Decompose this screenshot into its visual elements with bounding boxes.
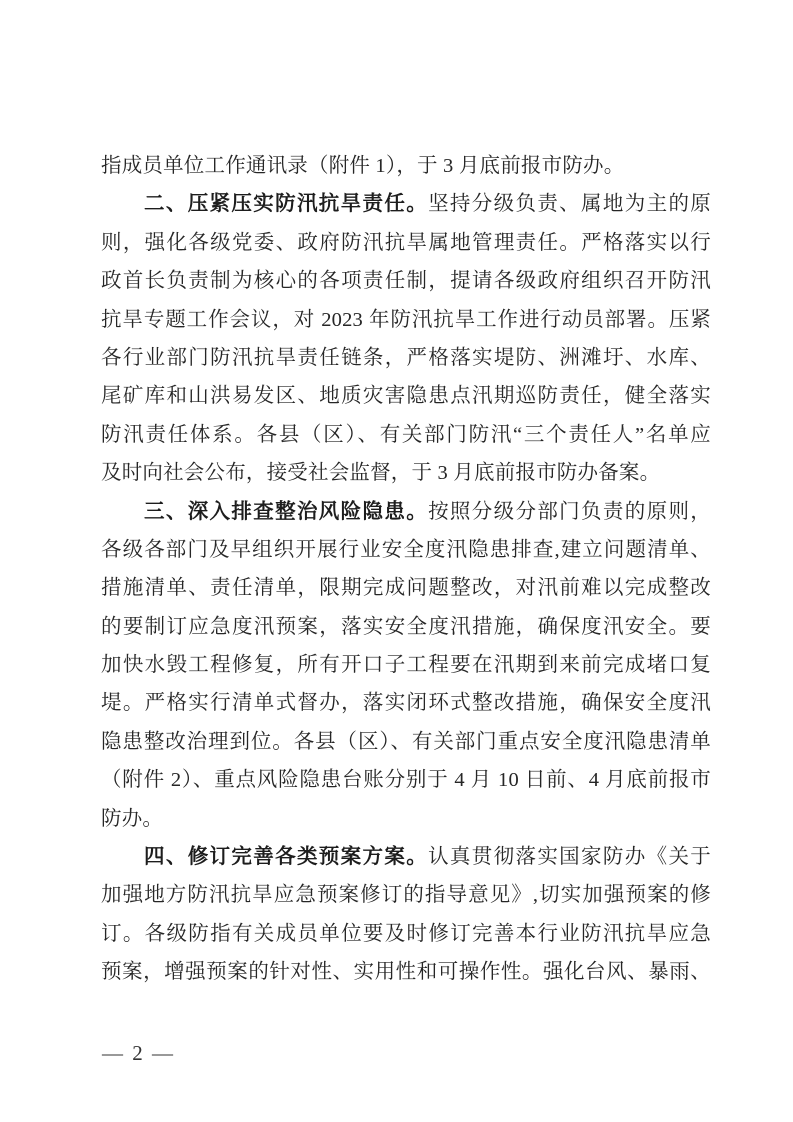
text-line: （附件 2）、重点风险隐患台账分别于 4 月 10 日前、4 月底前报市 xyxy=(101,761,711,799)
text-line: 订。各级防指有关成员单位要及时修订完善本行业防汛抗旱应急 xyxy=(101,915,711,953)
text-line: 防汛责任体系。各县（区）、有关部门防汛“三个责任人”名单应 xyxy=(101,416,711,454)
document-page: 指成员单位工作通讯录（附件 1），于 3 月底前报市防办。二、压紧压实防汛抗旱责… xyxy=(0,0,793,1122)
text-line: 防办。 xyxy=(101,800,711,838)
text-line: 措施清单、责任清单，限期完成问题整改，对汛前难以完成整改 xyxy=(101,569,711,607)
text-line: 政首长负责制为核心的各项责任制，提请各级政府组织召开防汛 xyxy=(101,262,711,300)
text-line: 四、修订完善各类预案方案。认真贯彻落实国家防办《关于 xyxy=(101,838,711,876)
text-line: 二、压紧压实防汛抗旱责任。坚持分级负责、属地为主的原 xyxy=(101,185,711,223)
text-line: 堤。严格实行清单式督办，落实闭环式整改措施，确保安全度汛 xyxy=(101,684,711,722)
section-heading: 四、修订完善各类预案方案。 xyxy=(144,845,428,868)
document-body: 指成员单位工作通讯录（附件 1），于 3 月底前报市防办。二、压紧压实防汛抗旱责… xyxy=(101,147,711,992)
text-line: 各级各部门及早组织开展行业安全度汛隐患排查,建立问题清单、 xyxy=(101,531,711,569)
text-line: 加快水毁工程修复，所有开口子工程要在汛期到来前完成堵口复 xyxy=(101,646,711,684)
text-line: 指成员单位工作通讯录（附件 1），于 3 月底前报市防办。 xyxy=(101,147,711,185)
text-line: 的要制订应急度汛预案，落实安全度汛措施，确保度汛安全。要 xyxy=(101,608,711,646)
section-heading: 三、深入排查整治风险隐患。 xyxy=(144,500,428,523)
page-number: — 2 — xyxy=(102,1038,175,1068)
text-line: 隐患整改治理到位。各县（区）、有关部门重点安全度汛隐患清单 xyxy=(101,723,711,761)
text-line: 及时向社会公布，接受社会监督，于 3 月底前报市防办备案。 xyxy=(101,454,711,492)
text-line: 则，强化各级党委、政府防汛抗旱属地管理责任。严格落实以行 xyxy=(101,224,711,262)
text-line: 抗旱专题工作会议，对 2023 年防汛抗旱工作进行动员部署。压紧 xyxy=(101,301,711,339)
section-heading: 二、压紧压实防汛抗旱责任。 xyxy=(144,192,428,215)
text-line: 各行业部门防汛抗旱责任链条，严格落实堤防、洲滩圩、水库、 xyxy=(101,339,711,377)
text-line: 加强地方防汛抗旱应急预案修订的指导意见》,切实加强预案的修 xyxy=(101,876,711,914)
text-line: 尾矿库和山洪易发区、地质灾害隐患点汛期巡防责任，健全落实 xyxy=(101,377,711,415)
text-line: 三、深入排查整治风险隐患。按照分级分部门负责的原则， xyxy=(101,493,711,531)
text-line: 预案，增强预案的针对性、实用性和可操作性。强化台风、暴雨、 xyxy=(101,953,711,991)
